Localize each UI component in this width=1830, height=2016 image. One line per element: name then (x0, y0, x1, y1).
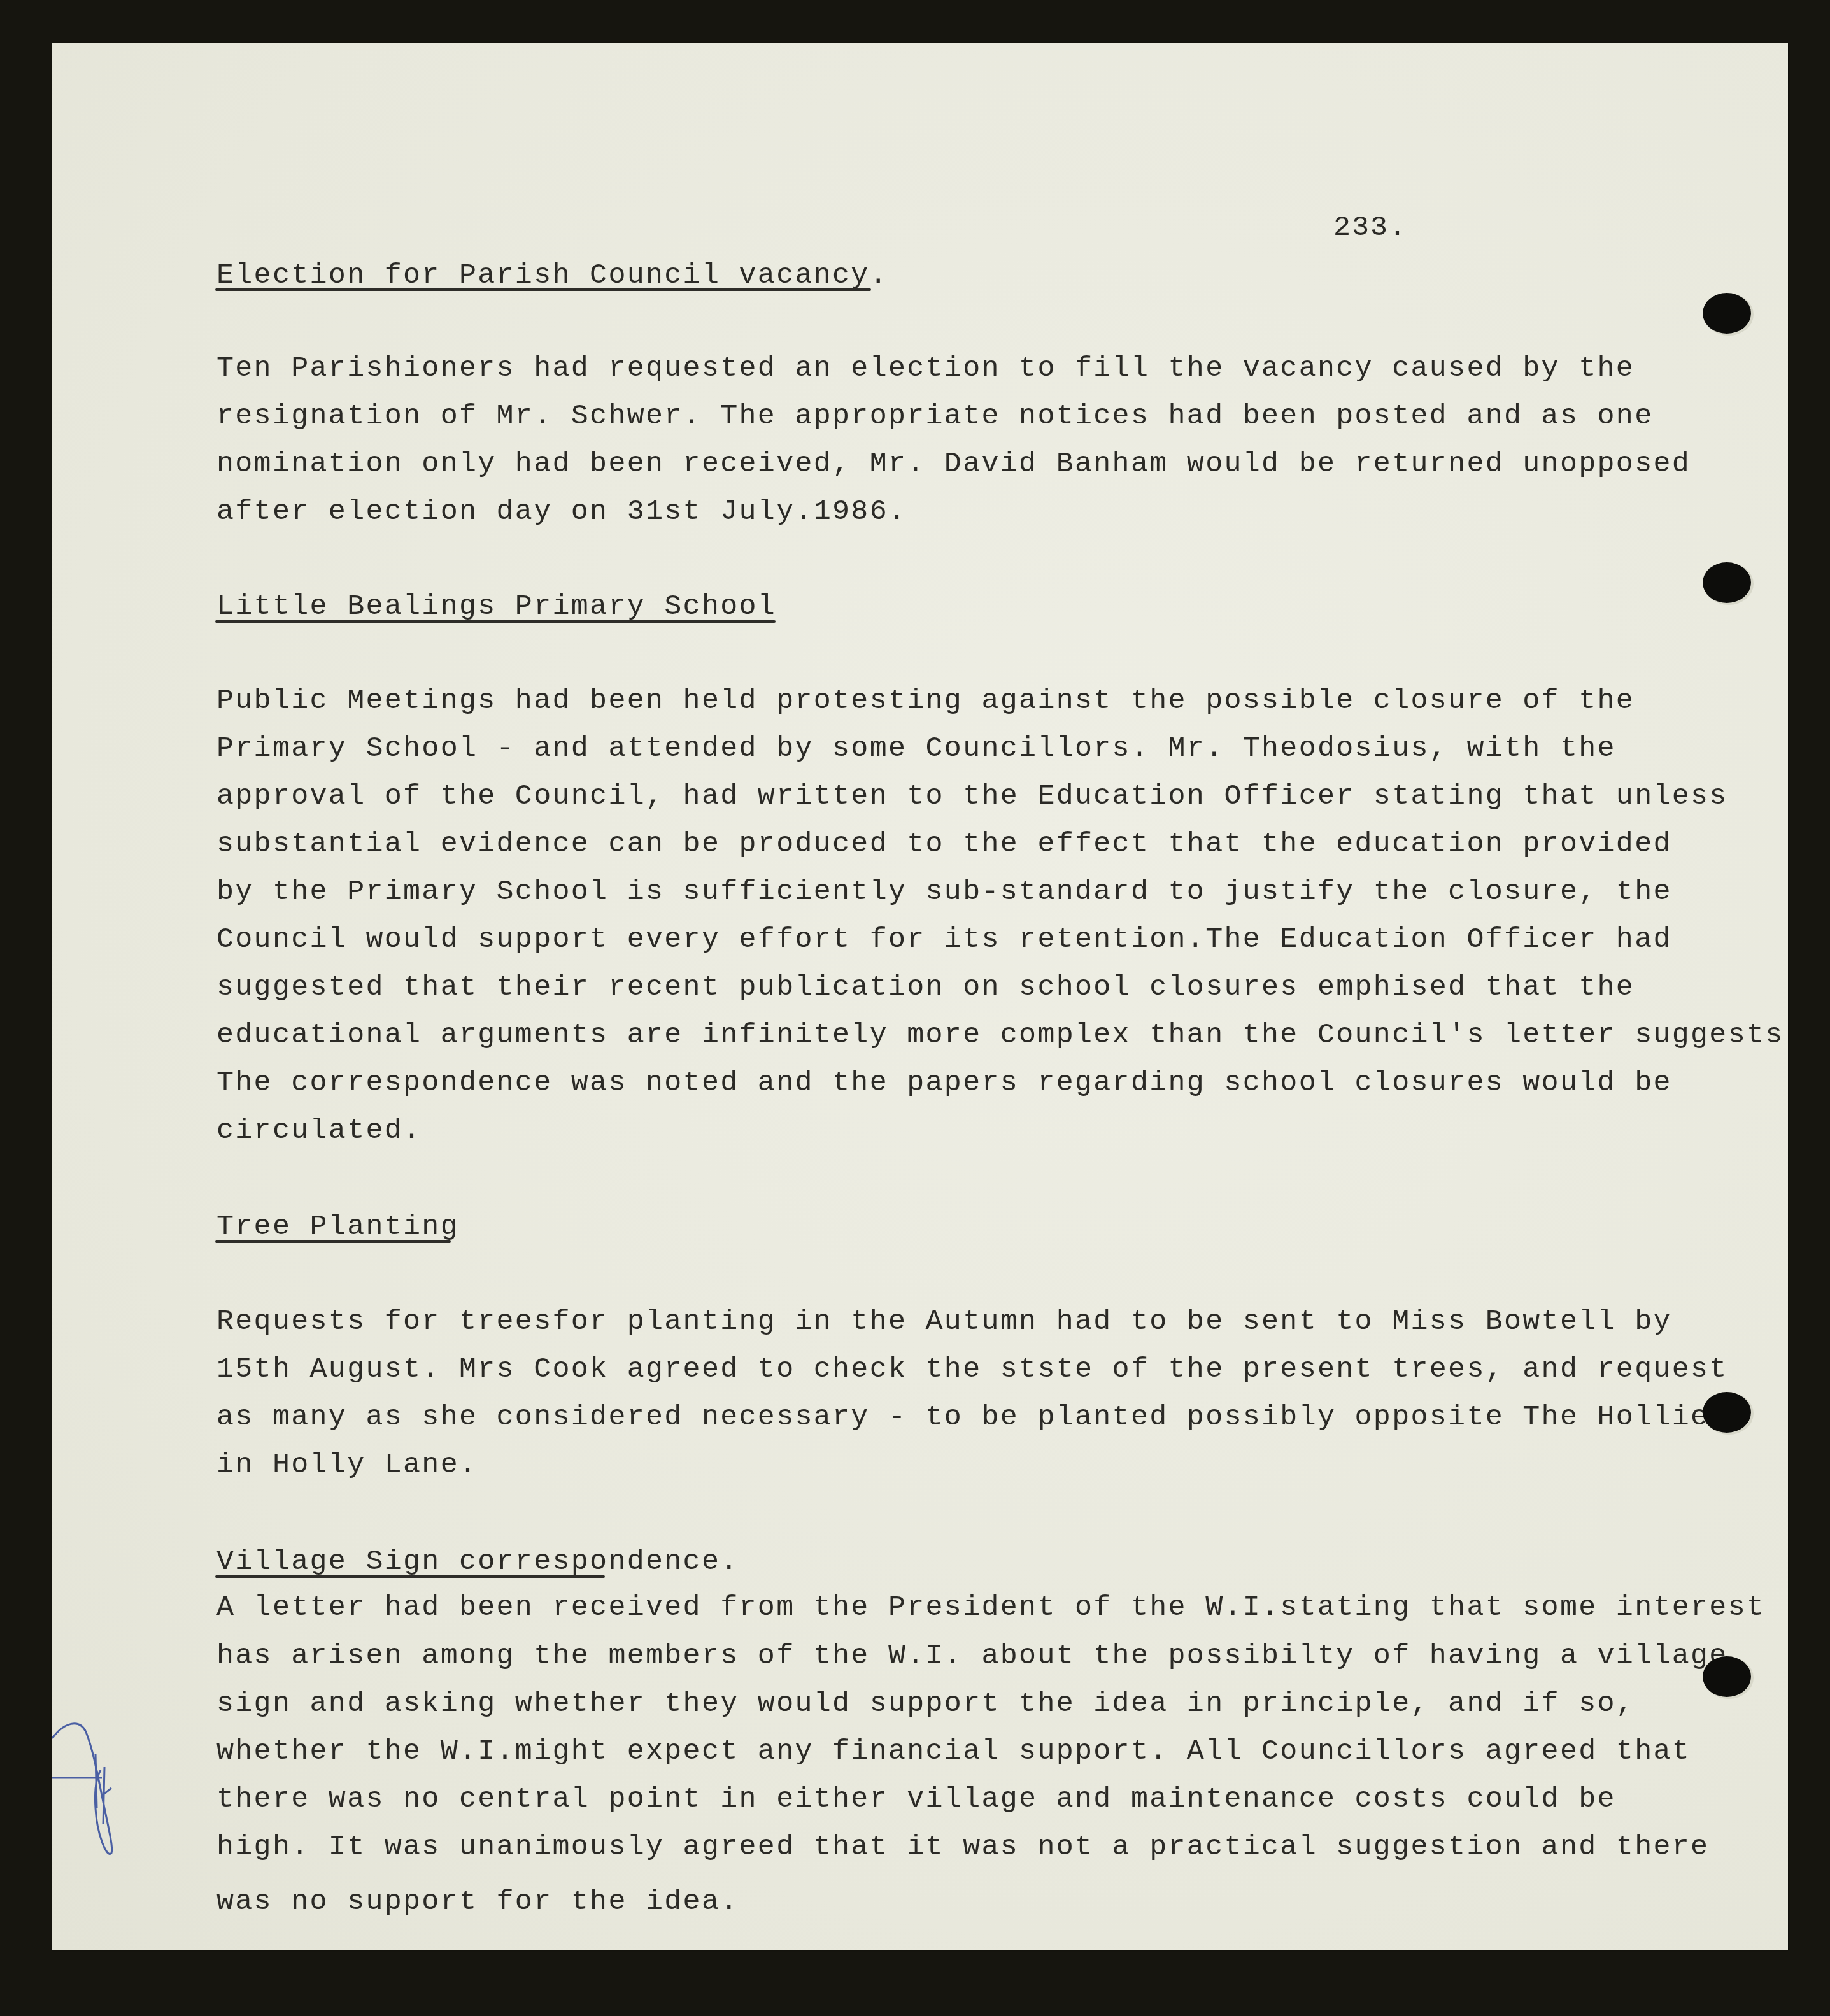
page-number: 233. (1333, 211, 1407, 244)
heading-underline (215, 1240, 451, 1243)
body-line: approval of the Council, had written to … (216, 782, 1728, 811)
body-line: high. It was unanimously agreed that it … (216, 1833, 1709, 1861)
body-line: as many as she considered necessary - to… (216, 1403, 1747, 1431)
body-line: Public Meetings had been held protesting… (216, 686, 1635, 715)
body-line: The correspondence was noted and the pap… (216, 1068, 1672, 1097)
body-line: Council would support every effort for i… (216, 925, 1672, 954)
body-line: after election day on 31st July.1986. (216, 497, 907, 526)
section-heading-election: Election for Parish Council vacancy. (216, 261, 888, 290)
handwritten-initials-icon (51, 1719, 127, 1885)
body-line: nomination only had been received, Mr. D… (216, 450, 1691, 478)
body-line: educational arguments are infinitely mor… (216, 1021, 1784, 1049)
section-heading-tree-planting: Tree Planting (216, 1212, 459, 1241)
body-line: Requests for treesfor planting in the Au… (216, 1307, 1672, 1336)
section-heading-school: Little Bealings Primary School (216, 592, 776, 621)
body-line: whether the W.I.might expect any financi… (216, 1737, 1691, 1766)
document-page: 233. Election for Parish Council vacancy… (52, 43, 1788, 1950)
body-line: resignation of Mr. Schwer. The appropria… (216, 402, 1653, 430)
body-line: suggested that their recent publication … (216, 973, 1635, 1002)
body-line: circulated. (216, 1116, 422, 1145)
body-line: A letter had been received from the Pres… (216, 1593, 1765, 1622)
punch-hole (1703, 562, 1751, 603)
body-line: by the Primary School is sufficiently su… (216, 877, 1672, 906)
body-line: was no support for the idea. (216, 1887, 739, 1916)
body-line: sign and asking whether they would suppo… (216, 1689, 1635, 1718)
punch-hole (1703, 1392, 1751, 1433)
body-line: substantial evidence can be produced to … (216, 830, 1672, 858)
section-heading-village-sign: Village Sign correspondence. (216, 1547, 739, 1576)
body-line: Primary School - and attended by some Co… (216, 734, 1616, 763)
body-line: in Holly Lane. (216, 1451, 478, 1479)
heading-underline (215, 288, 871, 291)
punch-hole (1703, 1656, 1751, 1697)
heading-underline (215, 620, 776, 623)
heading-underline (215, 1575, 605, 1578)
body-line: has arisen among the members of the W.I.… (216, 1642, 1728, 1670)
punch-hole (1703, 293, 1751, 334)
body-line: 15th August. Mrs Cook agreed to check th… (216, 1355, 1728, 1384)
body-line: Ten Parishioners had requested an electi… (216, 354, 1635, 383)
body-line: there was no central point in either vil… (216, 1785, 1616, 1814)
